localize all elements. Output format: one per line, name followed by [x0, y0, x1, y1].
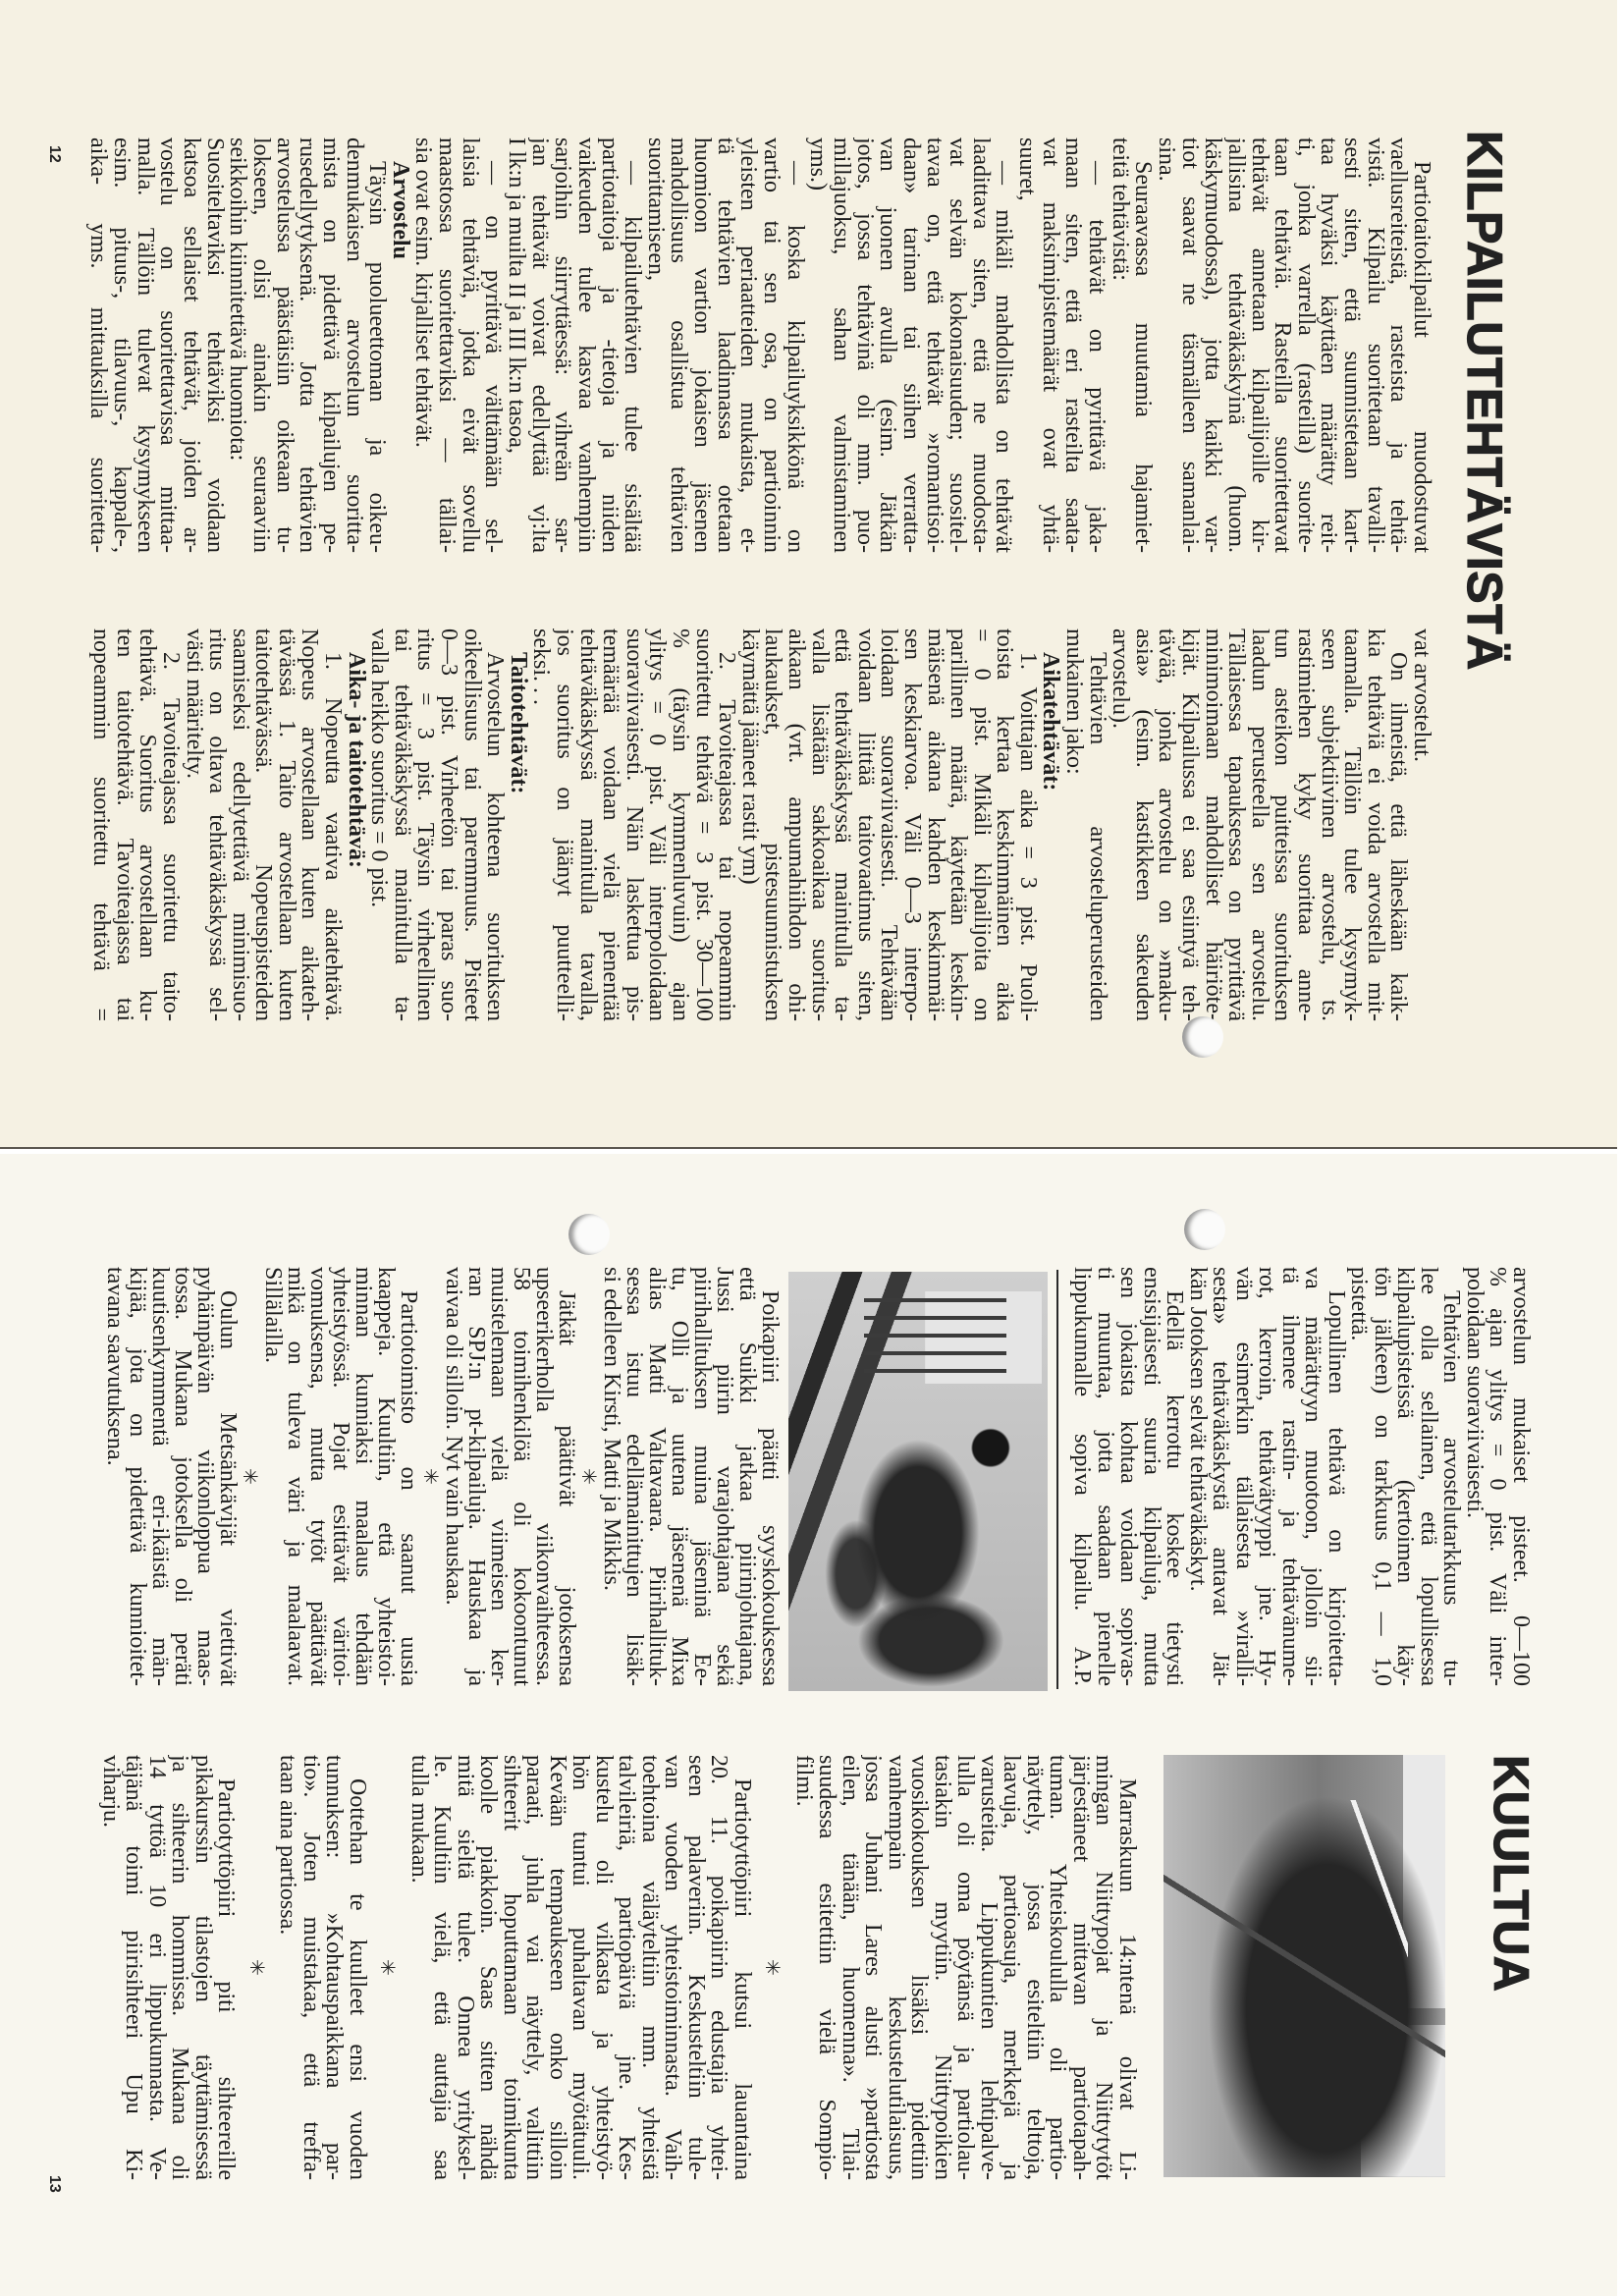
- punch-hole: [568, 1214, 610, 1255]
- text-line: tavana saavutuksena.: [103, 1267, 126, 1686]
- page-13-column-1-news: Poikapiiri päätti syyskokouksessaettä Su…: [103, 1267, 781, 1686]
- text-line: jossa Juhani Lares alusti »partiosta: [861, 1755, 885, 2180]
- text-line: saamiseksi edellytettävä minimisuo-: [228, 629, 251, 1021]
- photo-exhibition-display: [788, 1272, 1048, 1691]
- text-line: pyhäinpäivän viikonloppua maas-: [193, 1267, 216, 1686]
- text-line: tossa. Mukana jotoksella oli peräti: [171, 1267, 193, 1686]
- paragraph: — on pyrittävä välttämään sel-laisia teh…: [411, 137, 505, 553]
- text-line: seksi. . .: [529, 629, 553, 1021]
- text-line: vostelu on suoritettavissa mittaa-: [156, 137, 180, 553]
- text-line: mikä on tuleva väri ja maalaavat.: [284, 1267, 306, 1686]
- text-line: paraati, juhla vai näyttely, valittiin: [522, 1755, 546, 2180]
- page-12: KILPAILUTEHTÄVISTÄ Partiotaitokilpailut …: [0, 0, 1617, 1149]
- text-line: että tehtäväkäskyssä mainitulla ta-: [831, 629, 854, 1021]
- text-line: minnan kunniaksi maalaus tehdään: [352, 1267, 374, 1686]
- text-line: kia tehtäviä ei voida arvostella mit-: [1363, 629, 1386, 1021]
- text-line: ylitys = 0 pist. Väli interpoloidaan: [645, 629, 669, 1021]
- text-line: suorittamiseen,: [643, 137, 667, 553]
- text-line: viharju.: [99, 1755, 123, 2180]
- text-line: Aikatehtävät:: [1039, 629, 1062, 1021]
- text-line: tai tehtäväkäskyssä mainitulla ta-: [390, 629, 413, 1021]
- text-line: taitotehtävässä. Nopeuspisteiden: [251, 629, 275, 1021]
- text-line: mista on pidettävä kilpailujen pe-: [318, 137, 342, 553]
- text-line: On ilmeistä, että läheskään kaik-: [1386, 629, 1410, 1021]
- text-line: kuutisenkymmentä eri-ikäistä män-: [148, 1267, 171, 1686]
- text-line: Seuraavassa muutamia hajamiet-: [1131, 137, 1155, 553]
- text-line: — kilpailutehtävien tulee sisältää: [621, 137, 644, 553]
- text-line: millajuoksu, sahan valmistaminen: [829, 137, 852, 553]
- punch-hole: [1184, 1209, 1225, 1250]
- text-line: 0—3 pist. Virheetön tai paras suo-: [436, 629, 460, 1021]
- text-line: ti muuntaa, jotta saadaan pienelle: [1094, 1267, 1117, 1686]
- paragraph: — koska kilpailuyksikkönä onvartio tai s…: [643, 137, 805, 553]
- text-line: Kevään tempaukseen onko silloin: [546, 1755, 569, 2180]
- text-line: arvostelun mukaiset pisteet. 0—100: [1509, 1267, 1533, 1686]
- text-line: Tehtävien arvostelutarkkuus tu-: [1439, 1267, 1463, 1686]
- text-line: Tehtävien arvosteluperusteiden: [1085, 629, 1109, 1021]
- text-line: tävää, jonka arvostelu on »maku-: [1155, 629, 1178, 1021]
- text-line: 2. Tavoiteajassa suoritettu taito-: [158, 629, 182, 1021]
- text-line: rastimiehen kyky suorittaa anne-: [1293, 629, 1317, 1021]
- text-line: oikeellisuus tai paremmuus. Pisteet: [460, 629, 483, 1021]
- page-number: 13: [46, 2175, 62, 2193]
- text-line: valla heikko suoritus = 0 pist.: [367, 629, 391, 1021]
- text-line: alias Matti Valtavaara. Piirihallituk-: [645, 1267, 668, 1686]
- page-12-column-2: vat arvostelut.On ilmeistä, että läheskä…: [89, 629, 1433, 1021]
- text-line: van juonen avulla (esim. Jätkän: [876, 137, 899, 553]
- text-line: hön tuntui puhaltavan myötätuuli.: [568, 1755, 592, 2180]
- text-line: arvostelussa päästäisiin oikeaan tu-: [272, 137, 296, 553]
- text-line: sia ovat esim. kirjalliset tehtävät.: [411, 137, 435, 553]
- text-line: käskymuodossa), jotta kaikki var-: [1201, 137, 1224, 553]
- paragraph: — kilpailutehtävien tulee sisältääpartio…: [504, 137, 643, 553]
- paragraph: Täysin puolueettoman ja oikeu-denmukaise…: [226, 137, 388, 553]
- paragraph: Suositeltaviksi tehtäviksi voidaankatsoa…: [86, 137, 226, 553]
- page-13: arvostelun mukaiset pisteet. 0—100% ajan…: [0, 1154, 1617, 2296]
- text-line: mitä sieltä tulee. Onnea yrityksel-: [454, 1755, 477, 2180]
- text-line: valla lisätään sakkoaikaa suoritus-: [807, 629, 831, 1021]
- text-line: mäisenä aikana kahden keskimmäi-: [923, 629, 947, 1021]
- text-line: esim. pituus-, tilavuus-, kappale-,: [109, 137, 133, 553]
- text-line: vistä. Kilpailu suoritetaan tavalli-: [1363, 137, 1386, 553]
- text-line: vän esimerkin tällaisesta »viralli-: [1232, 1267, 1256, 1686]
- text-line: pikakurssin tilastojen täyttämisessä: [191, 1755, 215, 2180]
- text-line: järjestäneet mittavan partiotapah-: [1069, 1755, 1093, 2180]
- text-line: parillinen määrä, käytetään keskin-: [947, 629, 970, 1021]
- asterisk-separator: ✳: [245, 1755, 269, 2180]
- text-line: tun asteikon puitteissa suorituksen: [1271, 629, 1294, 1021]
- paragraph: 1. Voittajan aika = 3 pist. Puoli-toista…: [737, 629, 1039, 1021]
- page-number: 12: [46, 145, 62, 163]
- text-line: maastossa suoritettaviksi — tällai-: [434, 137, 458, 553]
- paragraph: 2. Tavoiteajassa suoritettu taito-tehtäv…: [89, 629, 182, 1021]
- text-line: — mikäli mahdollista on tehtävät: [992, 137, 1015, 553]
- text-line: Partiotyttöpiiri kutsui lauantaina: [730, 1755, 754, 2180]
- text-line: Arvostelu: [388, 137, 411, 553]
- text-line: sen jokaista kohtaa voidaan sopivas-: [1116, 1267, 1140, 1686]
- paragraph: Seuraavassa muutamia hajamiet-teitä teht…: [1108, 137, 1154, 553]
- text-line: — on pyrittävä välttämään sel-: [481, 137, 505, 553]
- text-line: sihteerit hoputtamaan toimikunta: [500, 1755, 523, 2180]
- text-line: sesti siten, että suunnistetaan kart-: [1339, 137, 1363, 553]
- text-line: 1. Voittajan aika = 3 pist. Puoli-: [1015, 629, 1039, 1021]
- text-line: katsoa sellaiset tehtävät, joiden ar-: [179, 137, 202, 553]
- text-line: että Suikki jatkaa piirinjohtajana,: [735, 1267, 758, 1686]
- text-line: vaivaa oli silloin. Nyt vain hauskaa.: [442, 1267, 464, 1686]
- paragraph: Partiotoimisto on saanut uusiakaappeja. …: [261, 1267, 419, 1686]
- text-line: laukaukset, pistesuunnistuksen: [761, 629, 784, 1021]
- text-line: västi määritelty.: [182, 629, 205, 1021]
- text-line: kustelu oli vilkasta ja yhteistyö-: [592, 1755, 616, 2180]
- text-line: taan tehtäviä. Rasteilla suoritettavat: [1271, 137, 1294, 553]
- text-line: laisia tehtäviä, jotka eivät sovellu: [458, 137, 481, 553]
- text-line: yms.): [806, 137, 830, 553]
- text-line: suoritettu tehtävä = 3 pist. 30—100: [691, 629, 715, 1021]
- text-line: taa hyväksi käyttäen määrätty reit-: [1317, 137, 1340, 553]
- text-line: 20. 11. poikapiirin edustajia yhtei-: [707, 1755, 730, 2180]
- text-line: Suositeltaviksi tehtäviksi voidaan: [202, 137, 226, 553]
- paragraph: Lopullinen tehtävä on kirjoitetta-va mää…: [1186, 1267, 1348, 1686]
- text-line: kilpailupisteissä (kertoimen käy-: [1393, 1267, 1417, 1686]
- text-line: tiot saavat ne täsmälleen samanlai-: [1177, 137, 1201, 553]
- text-line: toehtoina väläyteltiin mm. yhteistä: [638, 1755, 662, 2180]
- text-line: aikaan (vrt. ampumahiihdon ohi-: [784, 629, 807, 1021]
- text-line: tä tehtävien laadinnassa otetaan: [713, 137, 736, 553]
- text-line: arvostelu).: [1109, 629, 1132, 1021]
- text-line: jos suoritus on jäänyt puutteelli-: [552, 629, 575, 1021]
- text-line: piirihallituksen muina jäseninä Ee-: [690, 1267, 713, 1686]
- text-line: si edelleen Kirsti, Matti ja Mikkis.: [600, 1267, 622, 1686]
- text-line: — koska kilpailuyksikkönä on: [783, 137, 806, 553]
- text-line: sessa istuu edellämainittujen lisäk-: [622, 1267, 645, 1686]
- text-line: tunnuksen: »Kohtauspaikkana par-: [322, 1755, 346, 2180]
- text-line: — tehtävät on pyrittävä jaka-: [1084, 137, 1108, 553]
- text-line: teitä tehtävistä:: [1108, 137, 1131, 553]
- text-line: Partiotaitokilpailut muodostuvat: [1409, 137, 1433, 553]
- text-line: tuman. Yhteiskoululla oli partio-: [1046, 1755, 1069, 2180]
- text-line: ten taitotehtävä. Tavoiteajassa tai: [112, 629, 135, 1021]
- text-line: seikkoihin kiinnitettävä huomiota:: [226, 137, 249, 553]
- text-line: suoraviivaisesti. Näin laskettua pis-: [622, 629, 645, 1021]
- text-line: aika- yms. mittauksilla suoritetta-: [86, 137, 110, 553]
- text-line: 2. Tavoiteajassa tai nopeammin: [715, 629, 738, 1021]
- text-line: toista kertaa keskimmäinen aika: [993, 629, 1016, 1021]
- punch-hole: [1182, 1016, 1223, 1058]
- text-line: ti, jonka varrella (rasteilla) suorite-: [1293, 137, 1317, 553]
- text-line: laadun perusteella sen arvostelu.: [1247, 629, 1271, 1021]
- text-line: taan aina partiossa.: [276, 1755, 299, 2180]
- asterisk-separator: ✳: [577, 1267, 600, 1686]
- text-line: tulla mukaan.: [407, 1755, 431, 2180]
- text-line: Aika- ja taitotehtävä:: [344, 629, 367, 1021]
- text-line: kaappeja. Kuultiin, että yhteistoi-: [374, 1267, 397, 1686]
- text-line: muistelemaan vielä viimeisen ker-: [487, 1267, 510, 1686]
- paragraph: Tehtävien arvostelutarkkuus tu-lee olla …: [1347, 1267, 1463, 1686]
- subheading: Arvostelu: [388, 137, 411, 553]
- paragraph: On ilmeistä, että läheskään kaik-kia teh…: [1109, 629, 1410, 1021]
- paragraph: Poikapiiri päätti syyskokouksessaettä Su…: [600, 1267, 781, 1686]
- text-line: tio». Joten muistakaa, että treffa-: [299, 1755, 323, 2180]
- text-line: Oottehan te kuulleet ensi vuoden: [346, 1755, 369, 2180]
- text-line: vaikeuden tulee kasvaa vanhempiin: [573, 137, 597, 553]
- paragraph: 2. Tavoiteajassa tai nopeamminsuoritettu…: [529, 629, 737, 1021]
- text-line: yhteistyössä. Pojat esittävät väritoi-: [329, 1267, 352, 1686]
- text-line: Edellä kerrottu koskee tietysti: [1163, 1267, 1186, 1686]
- text-line: seen palaveriin. Keskusteltiin tule-: [684, 1755, 708, 2180]
- paragraph: arvostelun mukaiset pisteet. 0—100% ajan…: [1463, 1267, 1533, 1686]
- text-line: voidaan liittää taitovaatimus siten,: [853, 629, 877, 1021]
- text-line: filmi.: [792, 1755, 816, 2180]
- text-line: va määrättyyn muotoon, jolloin sii-: [1301, 1267, 1325, 1686]
- text-line: kijät. Kilpailussa ei saa esiintyä teh-: [1177, 629, 1201, 1021]
- text-line: pistettä.: [1347, 1267, 1371, 1686]
- text-line: vat arvostelut.: [1409, 629, 1433, 1021]
- paragraph: Tehtävien arvosteluperusteidenmukainen j…: [1062, 629, 1109, 1021]
- paragraph: Partiotaitokilpailut muodostuvatvaellusr…: [1154, 137, 1433, 553]
- text-line: = 0 pist. Mikäli kilpailijoita on: [969, 629, 993, 1021]
- text-line: 14 tyttöä 10 eri lippukunnasta. Ve-: [145, 1755, 169, 2180]
- text-line: yleisten periaatteiden mukaista, et-: [736, 137, 760, 553]
- text-line: tehtävät annetaan kilpailijoille kir-: [1247, 137, 1271, 553]
- text-line: vuosikokouksen lisäksi pidettiin: [907, 1755, 931, 2180]
- paragraph: Marraskuun 14:ntenä olivat Li-mingan Nii…: [792, 1755, 1139, 2180]
- subheading: Aikatehtävät:: [1039, 629, 1062, 1021]
- text-line: täjänä toimi piirisihteeri Upu Ki-: [122, 1755, 145, 2180]
- text-line: vaellusreiteistä, rasteista ja tehtä-: [1386, 137, 1410, 553]
- text-line: tavaa on, että tehtävät »romantisoi-: [922, 137, 946, 553]
- text-line: kijää, jota on pidettävä kunnioitet-: [126, 1267, 148, 1686]
- text-line: vat selvän kokonaisuuden; suositel-: [946, 137, 969, 553]
- paragraph: 1. Nopeutta vaativa aikatehtävä.Nopeus a…: [182, 629, 344, 1021]
- paragraph: Partiotyttöpiiri kutsui lauantaina20. 11…: [407, 1755, 754, 2180]
- text-line: näyttely, jossa esiteltiin telttoja,: [1023, 1755, 1047, 2180]
- paragraph: Partiotyttöpiiri piti sihteereillepikaku…: [99, 1755, 238, 2180]
- text-line: tä ilmenee rastin- ja tehtävänume-: [1278, 1267, 1302, 1686]
- text-line: sen keskiarvoa. Väli 0—3 interpo-: [899, 629, 923, 1021]
- text-line: temäärää voidaan vielä pienentää: [599, 629, 622, 1021]
- text-line: % ajan ylitys = 0 pist. Väli inter-: [1486, 1267, 1509, 1686]
- text-line: talvileiriä, partiopäiviä jne. Kes-: [615, 1755, 638, 2180]
- text-line: koolle piakkoin. Saas sitten nähdä: [476, 1755, 500, 2180]
- text-line: vomuksensa, mutta tytöt päättävät: [306, 1267, 329, 1686]
- text-line: lokseen, olisi ainakin seuraaviin: [248, 137, 272, 553]
- text-line: upseerikerholla viikonvaihteessa.: [532, 1267, 555, 1686]
- paragraph: Oulun Metsänkävijät viettivätpyhäinpäivä…: [103, 1267, 239, 1686]
- text-line: lulla oli oma pöytänsä ja partiolau-: [953, 1755, 977, 2180]
- text-line: sarjoihin siirryttäessä: vihreän sar-: [551, 137, 574, 553]
- paragraph: Jätkät päättivät jotoksensaupseerikerhol…: [442, 1267, 577, 1686]
- text-line: jotos, jossa tehtävinä oli mm. puo-: [852, 137, 876, 553]
- paragraph: Arvostelun kohteena suorituksenoikeellis…: [367, 629, 507, 1021]
- text-line: Poikapiiri päätti syyskokouksessa: [758, 1267, 781, 1686]
- article-title: KILPAILUTEHTÄVISTÄ: [1460, 131, 1509, 671]
- section-title: KUULTUA: [1487, 1755, 1536, 1992]
- text-line: minimoimaan mahdolliset häiriöte-: [1201, 629, 1224, 1021]
- text-line: suuret,: [1014, 137, 1038, 553]
- paragraph: Edellä kerrottu koskee tietystiensisijai…: [1070, 1267, 1186, 1686]
- text-line: sina.: [1154, 137, 1177, 553]
- text-line: kän Jotoksen selvät tehtäväkäskyt.: [1186, 1267, 1210, 1686]
- column-divider-rule: [1057, 1270, 1059, 1689]
- text-line: rusedellytyksenä. Jotta tehtävien: [296, 137, 319, 553]
- text-line: tehtävä. Suoritus arvostellaan ku-: [135, 629, 159, 1021]
- photo-tent-exhibition: [1163, 1755, 1445, 2177]
- text-line: laavuja, partioasuja, merkkejä ja: [1000, 1755, 1023, 2180]
- text-line: le. Kuultiin vielä, että auttajia saa: [430, 1755, 454, 2180]
- text-line: maan siten, että eri rasteilta saata-: [1061, 137, 1085, 553]
- text-line: lippukunnalle sopiva kilpailu. A.P.: [1070, 1267, 1094, 1686]
- text-line: lee olla sellainen, että lopullisessa: [1417, 1267, 1440, 1686]
- text-line: partiotaitoja ja -tietoja ja niiden: [597, 137, 621, 553]
- asterisk-separator: ✳: [761, 1755, 784, 2180]
- text-line: van vuoden yhteistoiminnasta. Vaih-: [661, 1755, 684, 2180]
- text-line: tu, Olli ja uutena jäsenenä Mixa: [668, 1267, 690, 1686]
- text-line: tehtäväkäskyssä mainitulla tavalla,: [575, 629, 599, 1021]
- text-line: Lopullinen tehtävä on kirjoitetta-: [1325, 1267, 1348, 1686]
- text-line: ensisijaisesti suuria kilpailuja, mutta: [1140, 1267, 1163, 1686]
- text-line: Sillälailla.: [261, 1267, 284, 1686]
- text-line: taamalla. Tällöin tulee kysymyk-: [1340, 629, 1364, 1021]
- text-line: Marraskuun 14:ntenä olivat Li-: [1115, 1755, 1139, 2180]
- text-line: eilen, tänään, huomenna». Tilai-: [839, 1755, 862, 2180]
- page-13-column-2-news: Marraskuun 14:ntenä olivat Li-mingan Nii…: [99, 1755, 1139, 2180]
- asterisk-separator: ✳: [239, 1267, 261, 1686]
- text-line: Partiotoimisto on saanut uusia: [397, 1267, 419, 1686]
- text-line: seen subjektiivinen arvostelu, ts.: [1317, 629, 1340, 1021]
- text-line: Oulun Metsänkävijät viettivät: [216, 1267, 239, 1686]
- text-line: ritus = 3 pist. Täysin virheellinen: [413, 629, 437, 1021]
- text-line: rot, kerroin, tehtävätyyppi jne. Hy-: [1255, 1267, 1278, 1686]
- text-line: poloidaan suoraviivaisesti.: [1463, 1267, 1487, 1686]
- text-line: Partiotyttöpiiri piti sihteereille: [214, 1755, 238, 2180]
- text-line: malla. Tällöin tulevat kysymykseen: [133, 137, 156, 553]
- text-line: tasiakin myytiin. Niittypoikien: [931, 1755, 954, 2180]
- text-line: loidaan suoraviivaisesti. Tehtävään: [877, 629, 900, 1021]
- text-line: 58 toimihenkilöä oli kokoontunut: [510, 1267, 532, 1686]
- text-line: mahdollisuus osallistua tehtävien: [667, 137, 690, 553]
- subheading: Taitotehtävät:: [506, 629, 529, 1021]
- text-line: vat maksimipistemäärät ovat yhtä-: [1038, 137, 1061, 553]
- text-line: ran SPJ:n pt-kilpailuja. Hauskaa ja: [464, 1267, 487, 1686]
- paragraph: — mikäli mahdollista on tehtävätlaaditta…: [806, 137, 1015, 553]
- asterisk-separator: ✳: [376, 1755, 400, 2180]
- text-line: jallisina tehtäväkäskyinä (huom.: [1223, 137, 1247, 553]
- text-line: I lk:n ja muilta II ja III lk:n tasoa,: [504, 137, 527, 553]
- text-line: tävässä 1. Taito arvostellaan kuten: [274, 629, 298, 1021]
- page-12-column-1: Partiotaitokilpailut muodostuvatvaellusr…: [86, 137, 1433, 553]
- subheading: Aika- ja taitotehtävä:: [344, 629, 367, 1021]
- text-line: vartio tai sen osa, on partioinnin: [759, 137, 783, 553]
- text-line: Tällaisessa tapauksessa on pyrittävä: [1224, 629, 1248, 1021]
- text-line: ritus on oltava tehtäväkäskyssä sel-: [205, 629, 229, 1021]
- text-line: mingan Niittypojat ja Niittytytöt: [1092, 1755, 1115, 2180]
- text-line: laadittava siten, että ne muodosta-: [968, 137, 992, 553]
- text-line: tön jälkeen) on tarkkuus 0,1 — 1,0: [1371, 1267, 1394, 1686]
- paragraph: Oottehan te kuulleet ensi vuodentunnukse…: [276, 1755, 368, 2180]
- text-line: käymättä jääneet rastit ym): [737, 629, 761, 1021]
- text-line: varusteita. Lippukuntien lehtipalve-: [977, 1755, 1001, 2180]
- text-line: asia» (esim. kastikkeen sakeuden: [1131, 629, 1155, 1021]
- text-line: mukainen jako:: [1062, 629, 1086, 1021]
- text-line: vanhempain keskustelutilaisuus,: [885, 1755, 908, 2180]
- text-line: daan» tarinan tai siihen verratta-: [898, 137, 922, 553]
- text-line: huomioon vartion jokaisen jäsenen: [690, 137, 714, 553]
- text-line: Täysin puolueettoman ja oikeu-: [365, 137, 389, 553]
- text-line: 1. Nopeutta vaativa aikatehtävä.: [321, 629, 345, 1021]
- text-line: % (täysin kymmenluvuin) ajan: [668, 629, 691, 1021]
- text-line: suudessa esitettiin vielä Sompio-: [815, 1755, 839, 2180]
- text-line: ja sihteerin hommissa. Mukana oli: [168, 1755, 191, 2180]
- paragraph: — tehtävät on pyrittävä jaka-maan siten,…: [1014, 137, 1108, 553]
- text-line: denmukaisen arvostelun suoritta-: [342, 137, 365, 553]
- text-line: Taitotehtävät:: [506, 629, 529, 1021]
- asterisk-separator: ✳: [419, 1267, 442, 1686]
- text-line: Jätkät päättivät jotoksensa: [555, 1267, 577, 1686]
- paragraph: vat arvostelut.: [1409, 629, 1433, 1021]
- text-line: jan tehtävät voivat edellyttää vj:lta: [527, 137, 551, 553]
- text-line: Arvostelun kohteena suorituksen: [483, 629, 507, 1021]
- page-13-column-1-article-end: arvostelun mukaiset pisteet. 0—100% ajan…: [1070, 1267, 1532, 1686]
- text-line: sesta» tehtäväkäskystä antavat Jät-: [1209, 1267, 1232, 1686]
- text-line: nopeammin suoritettu tehtävä =: [89, 629, 113, 1021]
- text-line: Jussi piirin varajohtajana sekä: [713, 1267, 735, 1686]
- text-line: Nopeus arvostellaan kuten aikateh-: [298, 629, 321, 1021]
